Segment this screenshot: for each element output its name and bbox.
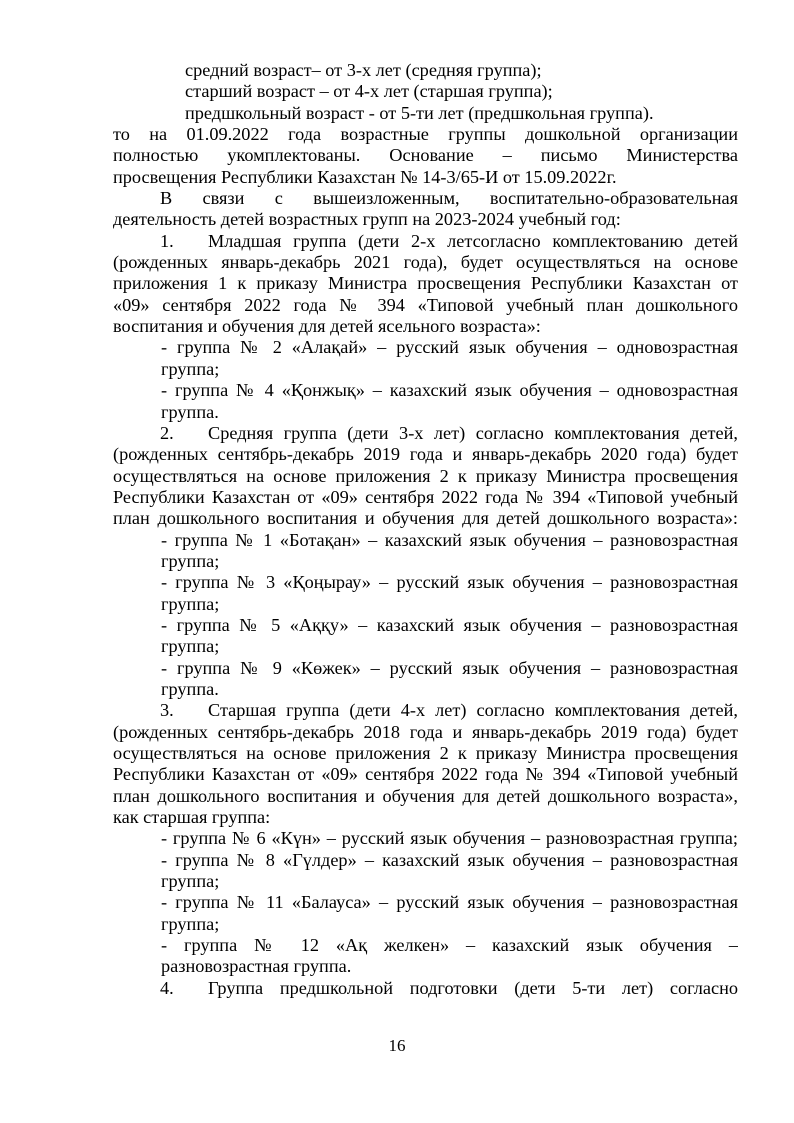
- line-text: средний возраст– от 3-х лет (средняя гру…: [185, 60, 542, 80]
- text-line: 4.Группа предшкольной подготовки (дети 5…: [113, 978, 738, 999]
- text-line: разновозрастная группа.: [113, 956, 738, 977]
- line-text: Республики Казахстан от «09» сентября 20…: [113, 764, 738, 784]
- text-line: группа;: [113, 871, 738, 892]
- line-text: то на 01.09.2022 года возрастные группы …: [113, 124, 738, 144]
- text-line: группа;: [113, 914, 738, 935]
- text-line: план дошкольного воспитания и обучения д…: [113, 786, 738, 807]
- text-line: - группа № 3 «Қоңырау» – русский язык об…: [113, 572, 738, 593]
- line-text: полностью укомплектованы. Основание – пи…: [113, 145, 738, 165]
- line-text: - группа № 3 «Қоңырау» – русский язык об…: [161, 572, 738, 592]
- text-line: - группа № 9 «Көжек» – русский язык обуч…: [113, 658, 738, 679]
- line-text: группа;: [161, 871, 219, 891]
- text-line: старший возраст – от 4-х лет (старшая гр…: [113, 81, 738, 102]
- text-line: 1.Младшая группа (дети 2-х летсогласно к…: [113, 231, 738, 252]
- line-text: - группа № 6 «Күн» – русский язык обучен…: [161, 828, 738, 848]
- text-line: «09» сентября 2022 года № 394 «Типовой у…: [113, 295, 738, 316]
- line-text: - группа № 12 «Ақ желкен» – казахский яз…: [161, 935, 738, 955]
- line-text: «09» сентября 2022 года № 394 «Типовой у…: [113, 295, 738, 315]
- line-text: группа;: [161, 636, 219, 656]
- line-text: Республики Казахстан от «09» сентября 20…: [113, 487, 738, 507]
- line-text: осуществляться на основе приложения 2 к …: [113, 466, 738, 486]
- line-text: группа;: [161, 551, 219, 571]
- text-line: - группа № 8 «Гүлдер» – казахский язык о…: [113, 850, 738, 871]
- text-line: осуществляться на основе приложения 2 к …: [113, 466, 738, 487]
- line-text: В связи с вышеизложенным, воспитательно-…: [160, 188, 738, 208]
- text-line: осуществляться на основе приложения 2 к …: [113, 743, 738, 764]
- line-text: - группа № 1 «Ботақан» – казахский язык …: [161, 530, 738, 550]
- text-line: (рожденных сентябрь-декабрь 2018 года и …: [113, 722, 738, 743]
- text-line: 2.Средняя группа (дети 3-х лет) согласно…: [113, 423, 738, 444]
- line-text: Младшая группа (дети 2-х летсогласно ком…: [208, 231, 738, 252]
- text-line: группа;: [113, 551, 738, 572]
- line-text: Старшая группа (дети 4-х лет) согласно к…: [208, 700, 738, 721]
- line-text: (рожденных сентябрь-декабрь 2018 года и …: [113, 722, 738, 742]
- text-line: группа.: [113, 679, 738, 700]
- text-line: - группа № 2 «Алақай» – русский язык обу…: [113, 337, 738, 358]
- text-line: (рожденных январь-декабрь 2021 года), бу…: [113, 252, 738, 273]
- text-line: 3.Старшая группа (дети 4-х лет) согласно…: [113, 700, 738, 721]
- line-text: как старшая группа:: [113, 807, 270, 827]
- line-text: деятельность детей возрастных групп на 2…: [113, 209, 621, 229]
- line-text: - группа № 5 «Аққу» – казахский язык обу…: [161, 615, 738, 635]
- text-line: воспитания и обучения для детей ясельног…: [113, 316, 738, 337]
- text-line: группа;: [113, 594, 738, 615]
- line-text: - группа № 11 «Балауса» – русский язык о…: [161, 892, 738, 912]
- text-line: В связи с вышеизложенным, воспитательно-…: [113, 188, 738, 209]
- text-line: - группа № 11 «Балауса» – русский язык о…: [113, 892, 738, 913]
- text-line: план дошкольного воспитания и обучения д…: [113, 508, 738, 529]
- text-line: (рожденных сентябрь-декабрь 2019 года и …: [113, 444, 738, 465]
- text-line: группа;: [113, 636, 738, 657]
- line-text: план дошкольного воспитания и обучения д…: [113, 786, 738, 806]
- line-text: - группа № 8 «Гүлдер» – казахский язык о…: [161, 850, 738, 870]
- text-line: как старшая группа:: [113, 807, 738, 828]
- list-number: 3.: [160, 700, 208, 721]
- line-text: группа;: [161, 594, 219, 614]
- line-text: группа;: [161, 359, 219, 379]
- line-text: (рожденных сентябрь-декабрь 2019 года и …: [113, 444, 738, 464]
- line-text: предшкольный возраст - от 5-ти лет (пред…: [185, 103, 654, 123]
- line-text: группа;: [161, 914, 219, 934]
- line-text: разновозрастная группа.: [161, 956, 351, 976]
- line-text: Средняя группа (дети 3-х лет) согласно к…: [208, 423, 738, 444]
- text-line: то на 01.09.2022 года возрастные группы …: [113, 124, 738, 145]
- line-text: (рожденных январь-декабрь 2021 года), бу…: [113, 252, 738, 272]
- line-text: - группа № 9 «Көжек» – русский язык обуч…: [161, 658, 738, 678]
- line-text: группа.: [161, 679, 219, 699]
- document-body: средний возраст– от 3-х лет (средняя гру…: [113, 60, 738, 999]
- text-line: - группа № 5 «Аққу» – казахский язык обу…: [113, 615, 738, 636]
- text-line: - группа № 4 «Қонжық» – казахский язык о…: [113, 380, 738, 401]
- line-text: старший возраст – от 4-х лет (старшая гр…: [185, 81, 553, 101]
- text-line: полностью укомплектованы. Основание – пи…: [113, 145, 738, 166]
- text-line: приложения 1 к приказу Министра просвеще…: [113, 273, 738, 294]
- text-line: Республики Казахстан от «09» сентября 20…: [113, 764, 738, 785]
- text-line: предшкольный возраст - от 5-ти лет (пред…: [113, 103, 738, 124]
- text-line: группа.: [113, 402, 738, 423]
- line-text: просвещения Республики Казахстан № 14-3/…: [113, 167, 617, 187]
- list-number: 4.: [160, 978, 208, 999]
- text-line: деятельность детей возрастных групп на 2…: [113, 209, 738, 230]
- line-text: Группа предшкольной подготовки (дети 5-т…: [208, 978, 738, 999]
- text-line: - группа № 1 «Ботақан» – казахский язык …: [113, 530, 738, 551]
- page-number: 16: [0, 1036, 794, 1056]
- line-text: приложения 1 к приказу Министра просвеще…: [113, 273, 738, 293]
- line-text: план дошкольного воспитания и обучения д…: [113, 508, 738, 528]
- line-text: - группа № 2 «Алақай» – русский язык обу…: [161, 337, 738, 357]
- text-line: Республики Казахстан от «09» сентября 20…: [113, 487, 738, 508]
- line-text: воспитания и обучения для детей ясельног…: [113, 316, 541, 336]
- list-number: 1.: [160, 231, 208, 252]
- line-text: осуществляться на основе приложения 2 к …: [113, 743, 738, 763]
- text-line: средний возраст– от 3-х лет (средняя гру…: [113, 60, 738, 81]
- line-text: - группа № 4 «Қонжық» – казахский язык о…: [161, 380, 738, 400]
- text-line: просвещения Республики Казахстан № 14-3/…: [113, 167, 738, 188]
- text-line: группа;: [113, 359, 738, 380]
- text-line: - группа № 6 «Күн» – русский язык обучен…: [113, 828, 738, 849]
- text-line: - группа № 12 «Ақ желкен» – казахский яз…: [113, 935, 738, 956]
- list-number: 2.: [160, 423, 208, 444]
- document-page: средний возраст– от 3-х лет (средняя гру…: [0, 0, 794, 1123]
- line-text: группа.: [161, 402, 219, 422]
